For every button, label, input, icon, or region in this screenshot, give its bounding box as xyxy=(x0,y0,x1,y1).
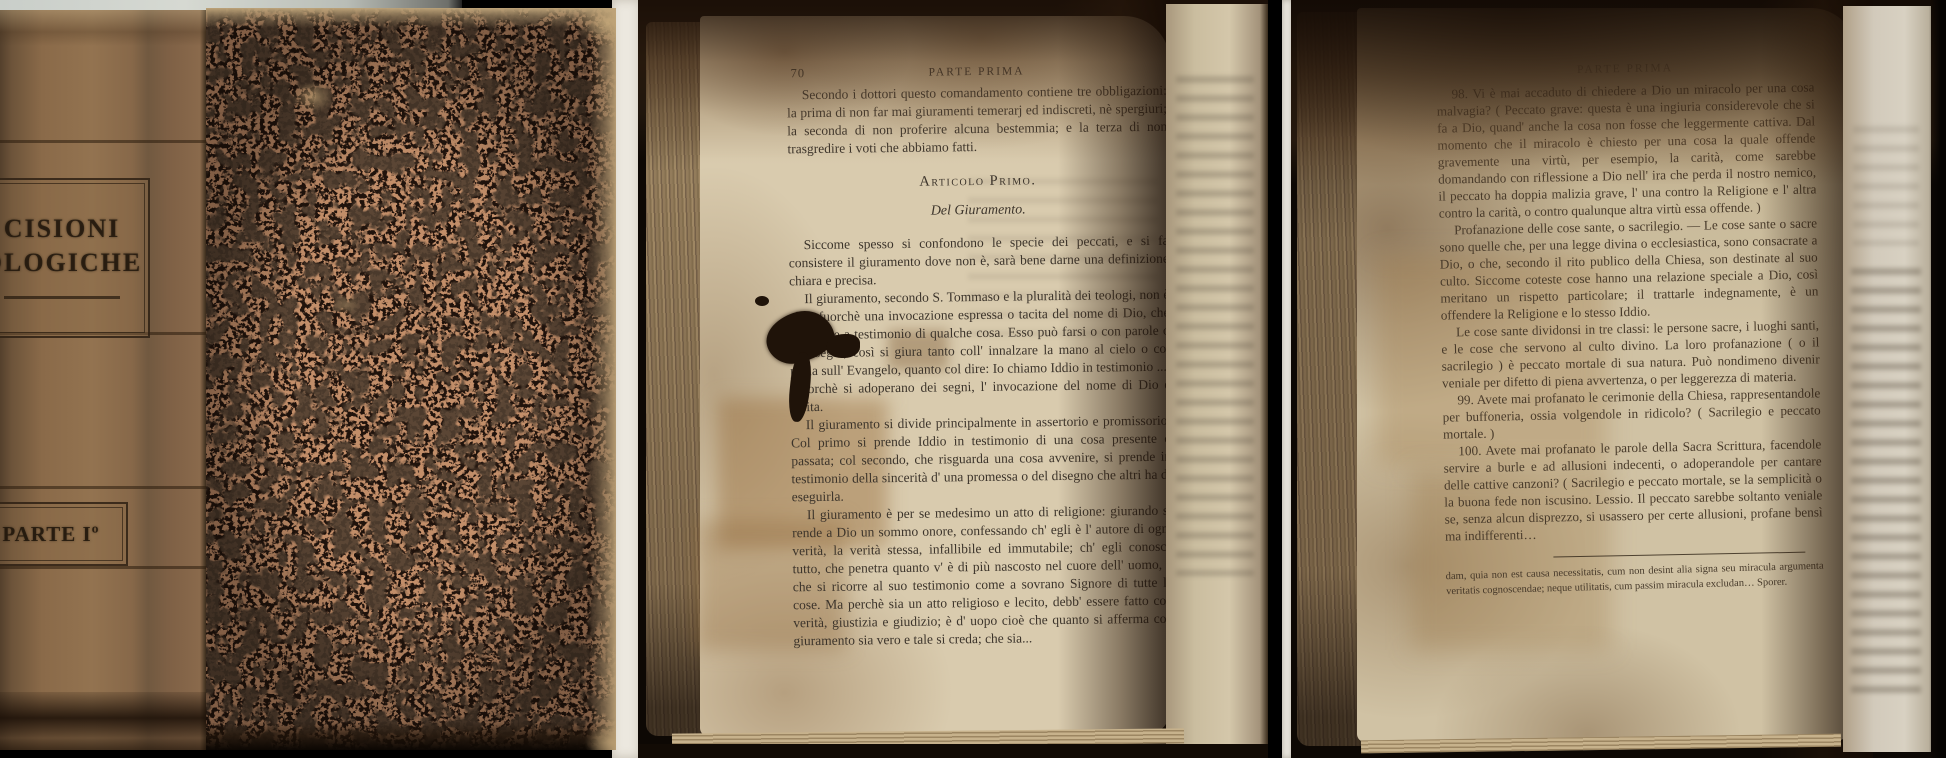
article-heading: Articolo Primo. xyxy=(788,170,1168,193)
marbled-cover-board xyxy=(206,8,616,750)
blurred-facing-page xyxy=(1843,6,1931,752)
blurred-text-lines xyxy=(1851,268,1921,698)
spine-title-label: CISIONI OLOGICHE xyxy=(0,178,150,338)
spine-label-rule xyxy=(4,296,121,299)
spine-top-wear xyxy=(0,10,206,46)
blurred-text-lines xyxy=(1853,126,1919,246)
paragraph: 100. Avete mai profanato le parole della… xyxy=(1443,435,1823,544)
spine-part-text: PARTE Iº xyxy=(2,522,99,547)
footnote-rule xyxy=(1553,552,1805,558)
ink-blot xyxy=(826,334,860,358)
cover-wear-overlay xyxy=(206,8,616,750)
book-cover-photo: CISIONI OLOGICHE PARTE Iº xyxy=(0,6,616,750)
antique-book-scan-collage: CISIONI OLOGICHE PARTE Iº xyxy=(0,0,1946,758)
open-book-photo-right: PARTE PRIMA 98. Vi è mai accaduto di chi… xyxy=(1291,0,1946,758)
spine-part-label: PARTE Iº xyxy=(0,502,128,566)
spine-title-line2: OLOGICHE xyxy=(0,246,148,280)
paragraph: Le cose sante dividonsi in tre classi: l… xyxy=(1441,316,1820,391)
paragraph: Il giuramento è per se medesimo un atto … xyxy=(792,502,1174,651)
paragraph: Il giuramento si divide principalmente i… xyxy=(791,412,1172,507)
paragraph: Profanazione delle cose sante, o sacrile… xyxy=(1439,214,1819,323)
photo-gap-backing-left xyxy=(612,0,640,758)
board-bottom-edge xyxy=(638,744,1268,758)
paragraph: Siccome spesso si confondono le specie d… xyxy=(789,232,1170,291)
article-subheading: Del Giuramento. xyxy=(788,200,1168,223)
photo-dark-edge xyxy=(1929,0,1946,758)
paragraph: 99. Avete mai profanato le cerimonie del… xyxy=(1442,384,1821,442)
spine-bottom-band xyxy=(0,692,206,750)
book-spine: CISIONI OLOGICHE PARTE Iº xyxy=(0,10,206,750)
ink-spot xyxy=(755,296,769,306)
blurred-text-lines xyxy=(1176,76,1254,576)
open-book-photo-left: 70 PARTE PRIMA Secondo i dottori questo … xyxy=(638,0,1268,758)
blurred-facing-page xyxy=(1166,4,1268,752)
spine-title-line1: CISIONI xyxy=(0,212,148,246)
